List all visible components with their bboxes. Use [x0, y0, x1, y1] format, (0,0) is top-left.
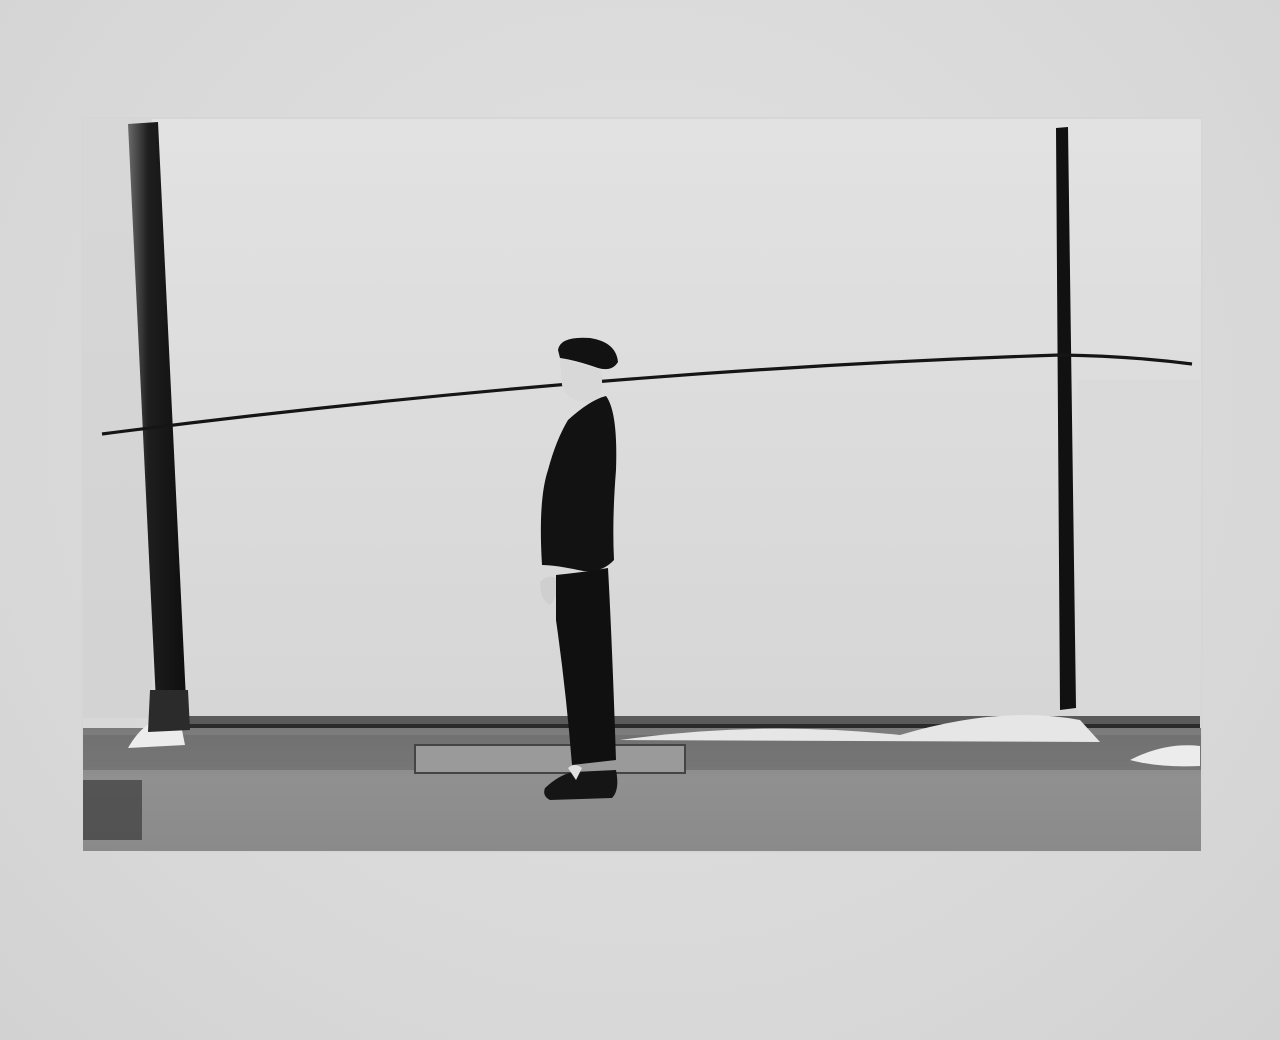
- ground-shadow: [82, 780, 142, 840]
- photograph: [0, 0, 1280, 1040]
- rail-track: [415, 745, 685, 773]
- right-wall-panel: [1078, 380, 1200, 720]
- left-pole-base: [148, 690, 190, 732]
- wall: [82, 118, 1202, 718]
